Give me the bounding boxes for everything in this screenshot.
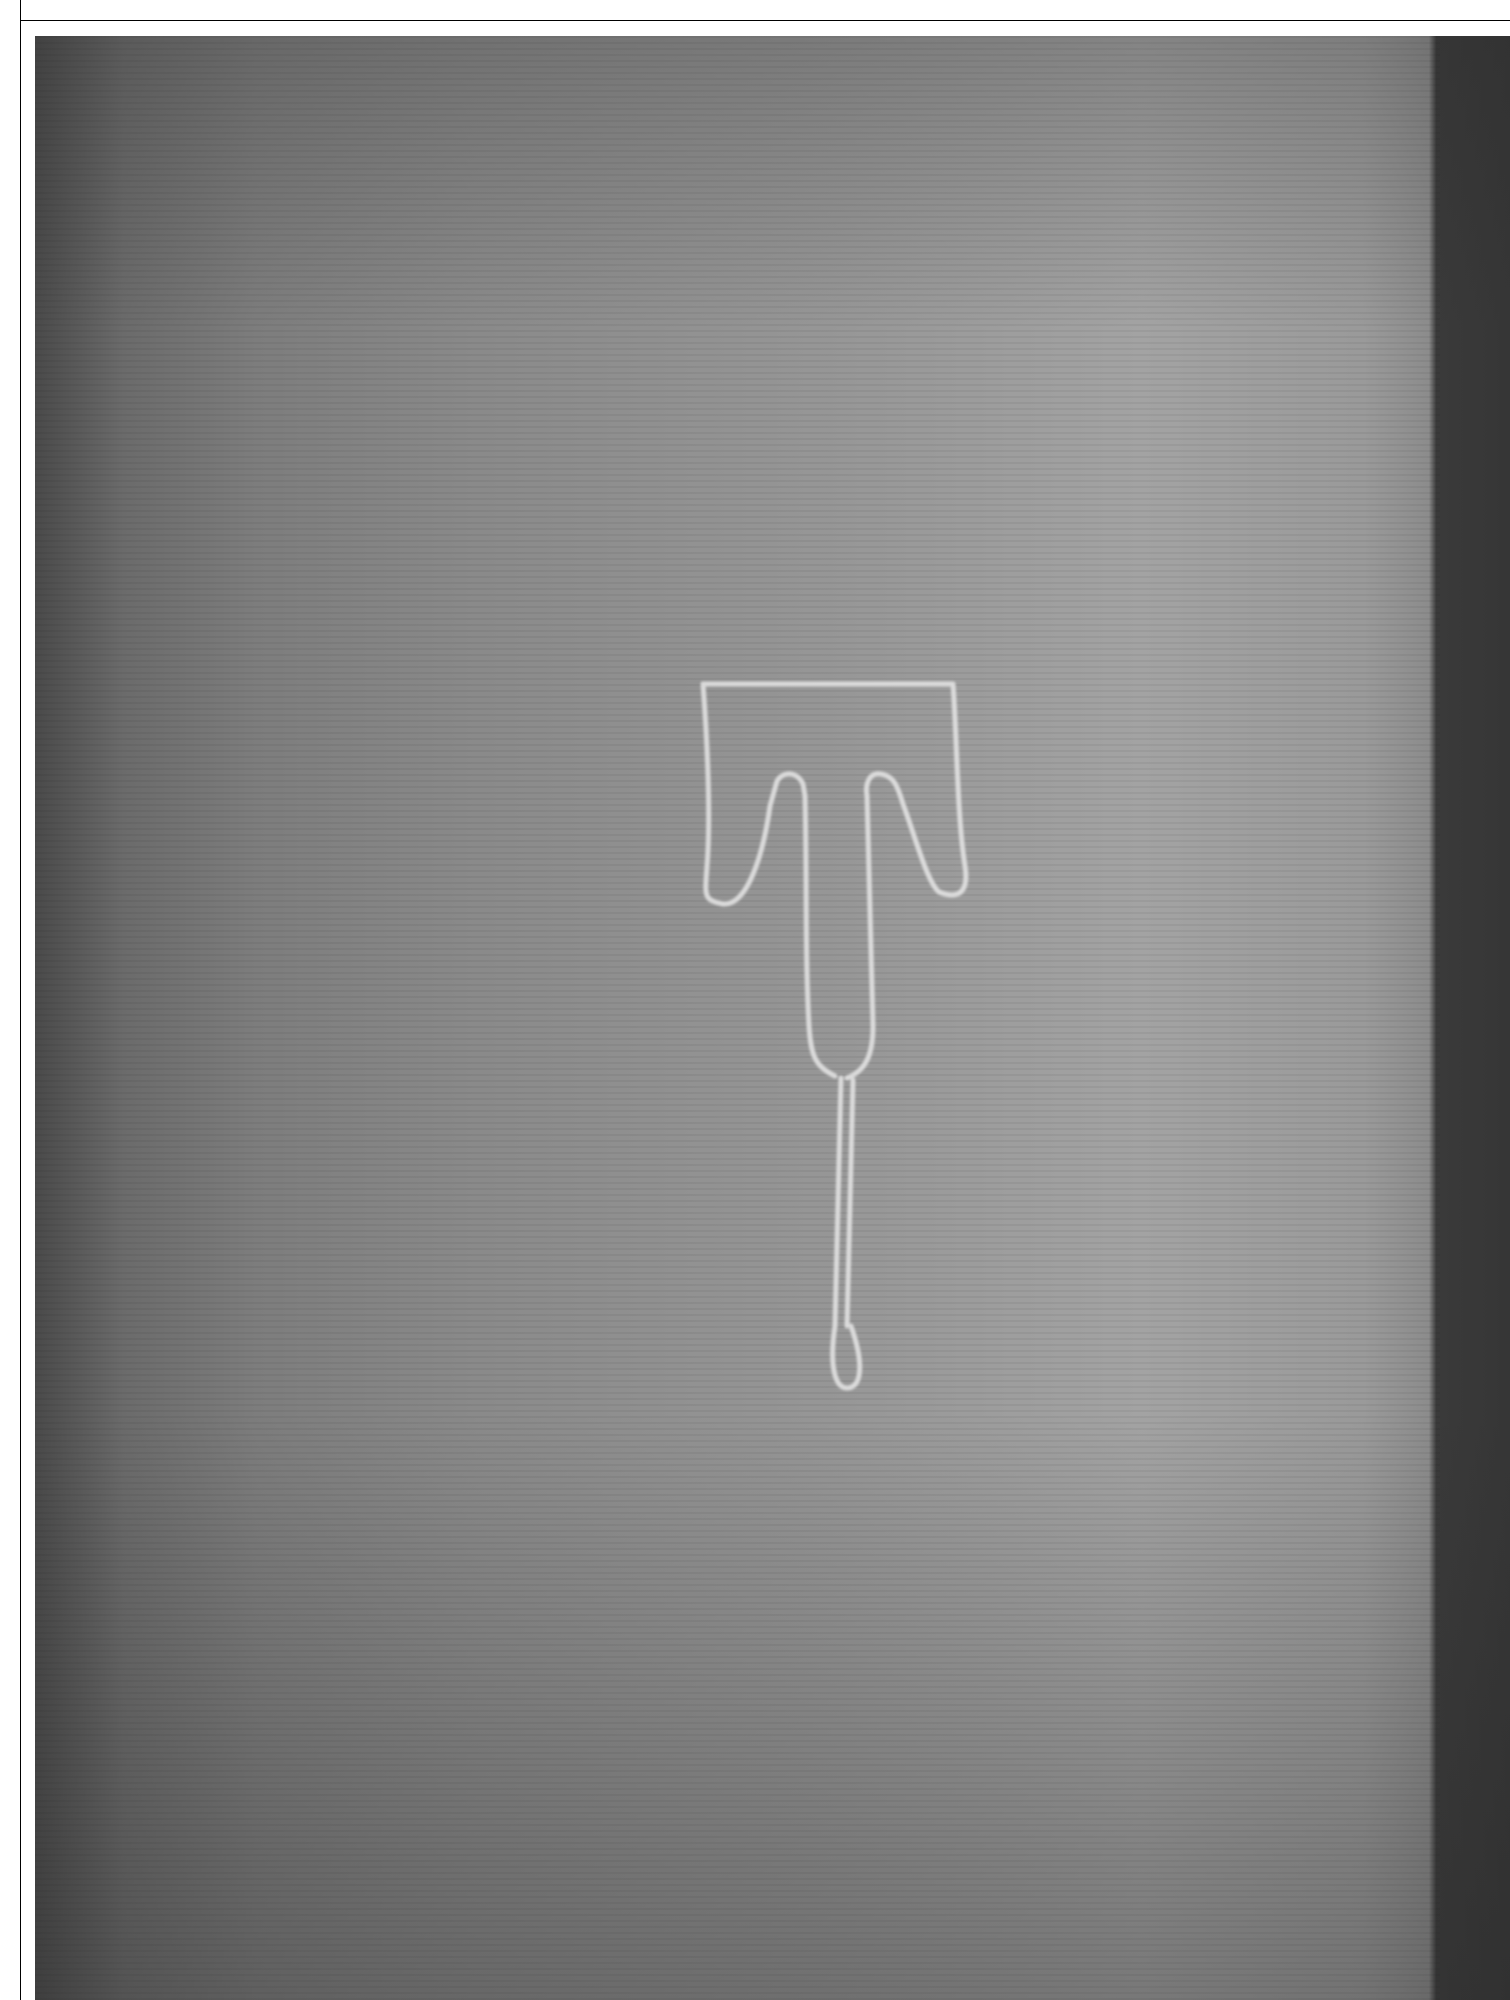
top-ruler (0, 0, 1510, 21)
scanned-page (35, 36, 1510, 2000)
scan-shading (35, 36, 1510, 2000)
left-ruler (0, 0, 21, 2000)
